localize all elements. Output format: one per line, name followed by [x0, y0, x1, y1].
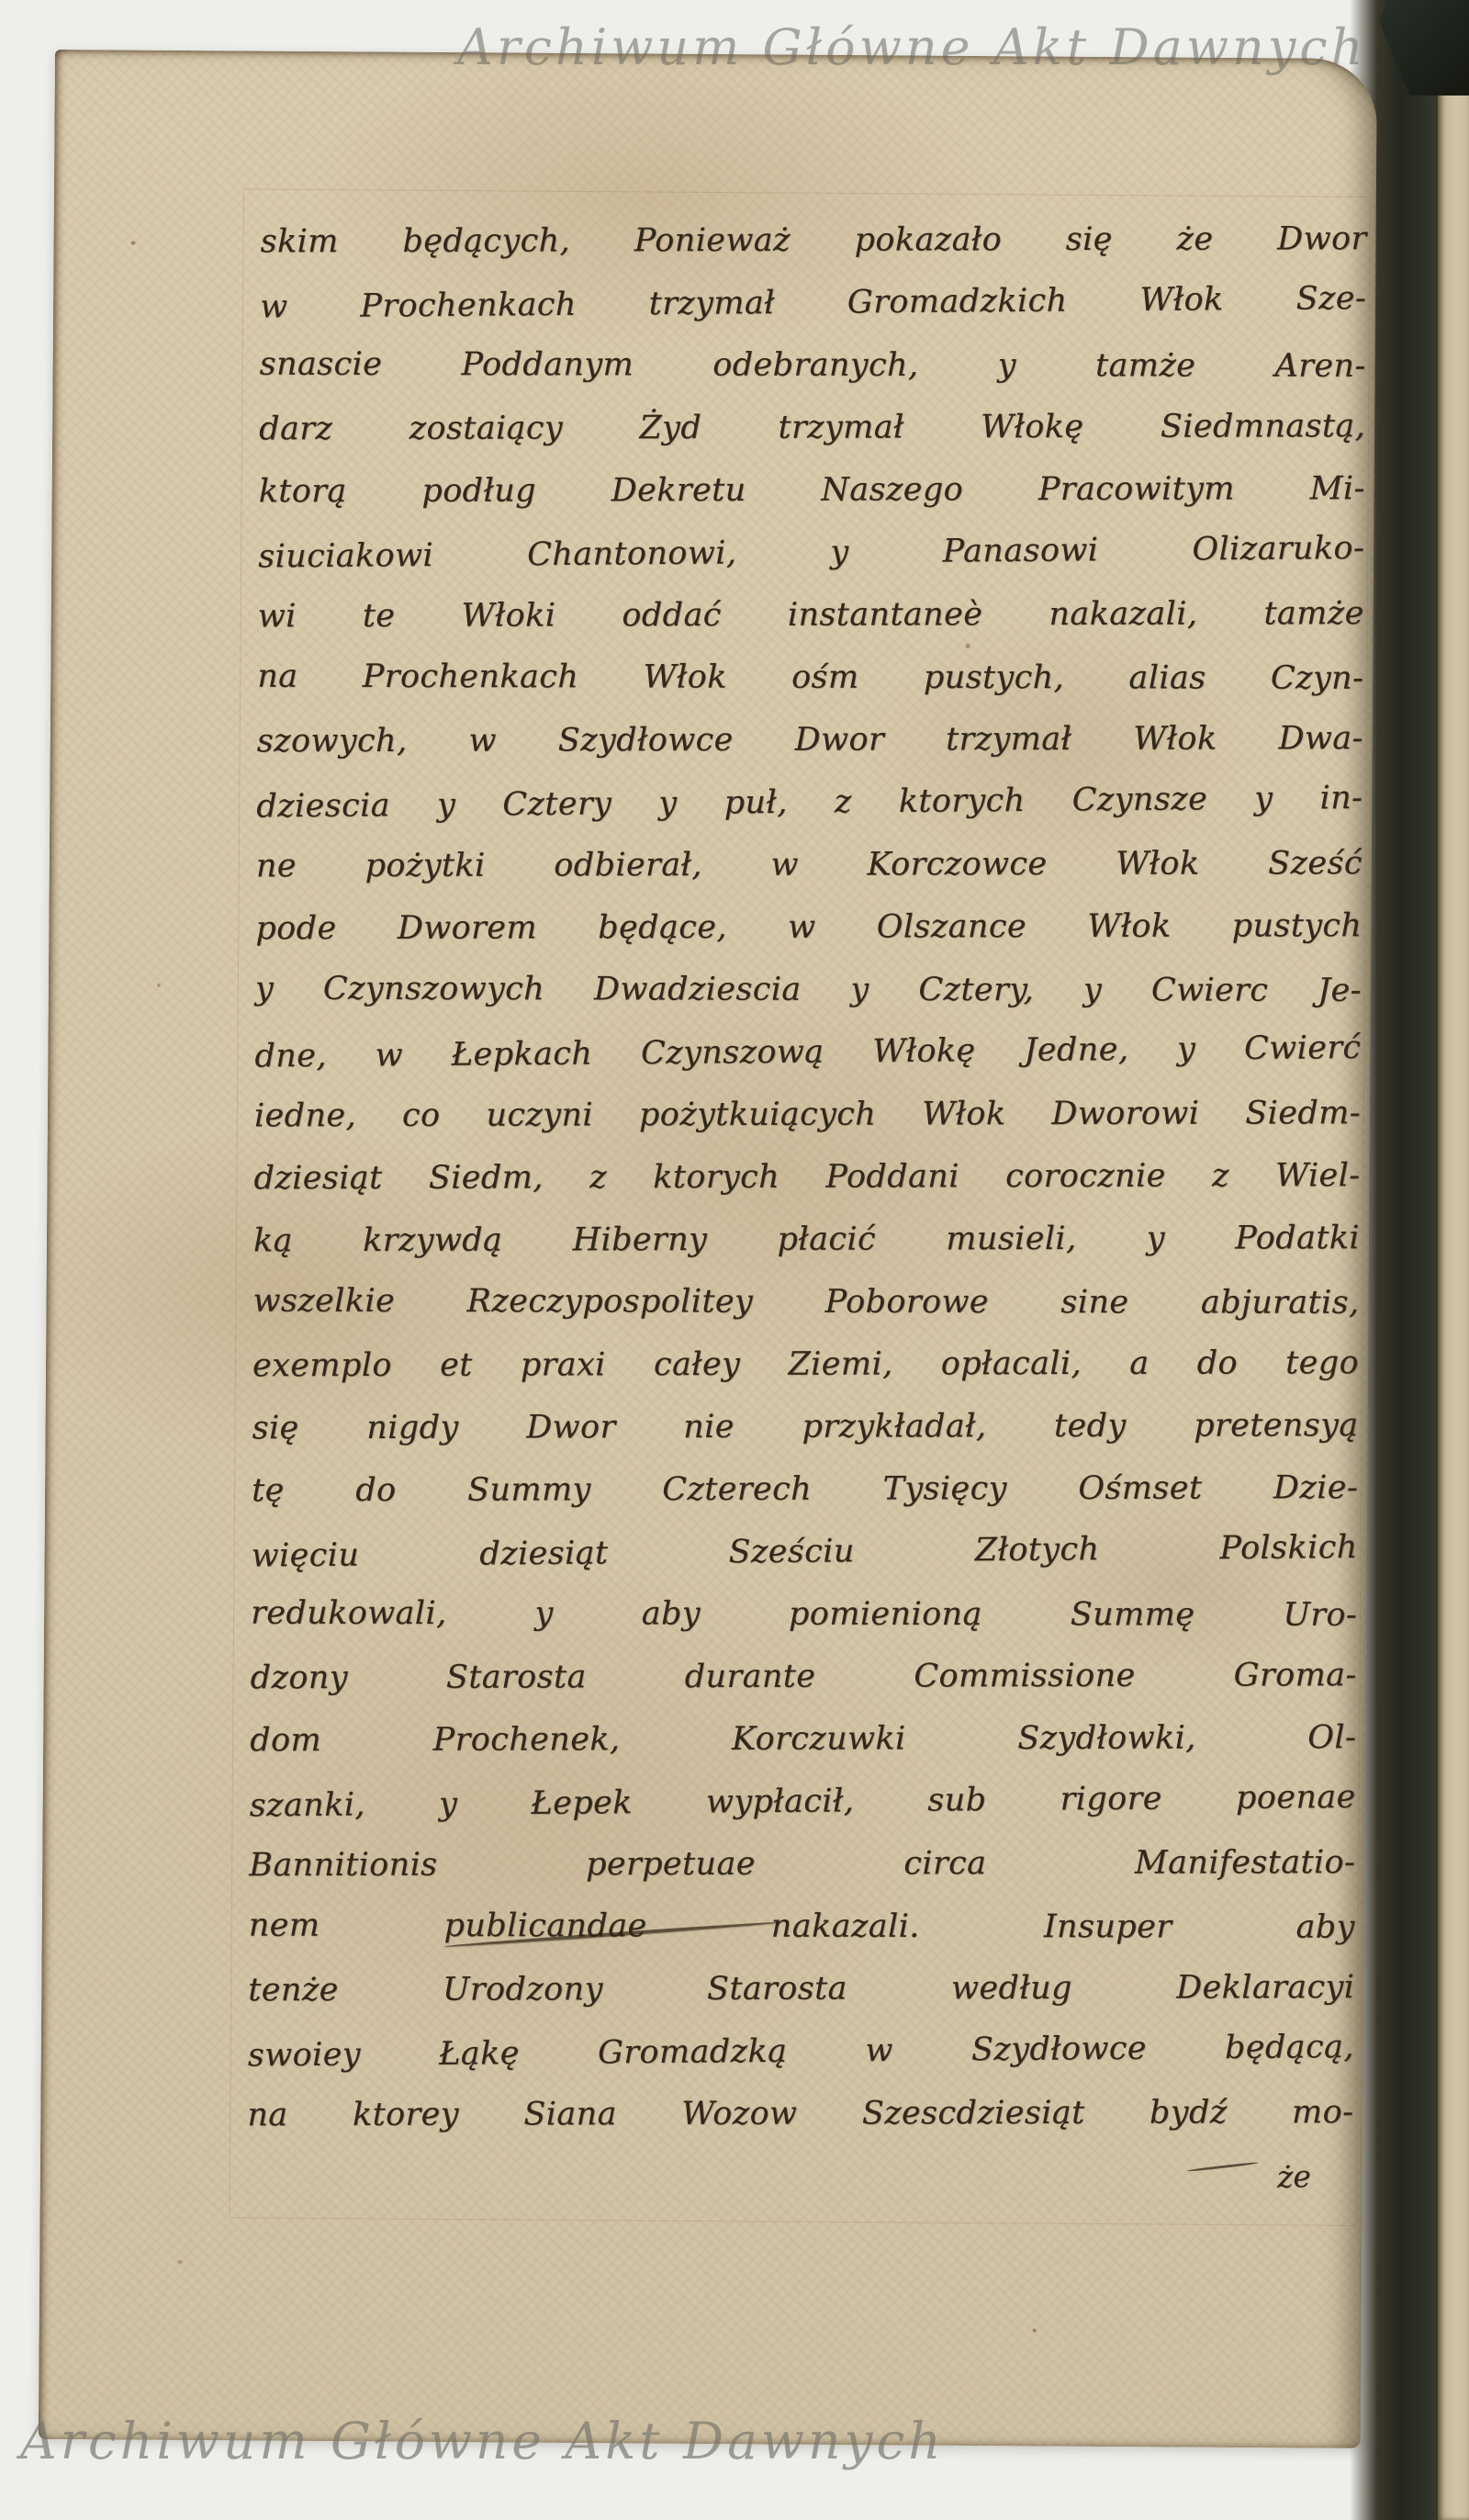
- manuscript-line: na Prochenkach Włok ośm pustych, alias C…: [257, 646, 1363, 710]
- manuscript-line: siuciakowi Chantonowi, y Panasowi Olizar…: [258, 517, 1364, 588]
- manuscript-line: szowych, w Szydłowce Dwor trzymał Włok D…: [257, 707, 1363, 772]
- pen-flourish: [1187, 2161, 1259, 2172]
- manuscript-line: dziescia y Cztery y puł, z ktorych Czyns…: [256, 767, 1362, 838]
- manuscript-line: szanki, y Łepek wypłacił, sub rigore poe…: [249, 1766, 1355, 1837]
- next-page-edge: [1438, 0, 1469, 2520]
- manuscript-line: dne, w Łepkach Czynszową Włokę Jedne, y …: [254, 1017, 1361, 1087]
- paper-speck: [157, 984, 161, 987]
- manuscript-line: nem publicandae nakazali. Insuper aby: [249, 1895, 1355, 1959]
- manuscript-line: dzony Starosta durante Commissione Groma…: [251, 1644, 1357, 1709]
- manuscript-line: się nigdy Dwor nie przykładał, tedy pret…: [252, 1394, 1358, 1459]
- manuscript-line: wszelkie Rzeczypospolitey Poborowe sine …: [252, 1270, 1359, 1334]
- manuscript-line: dziesiąt Siedm, z ktorych Poddani corocz…: [253, 1144, 1360, 1209]
- paper-speck: [1033, 2328, 1037, 2332]
- manuscript-line: exemplo et praxi całey Ziemi, opłacali, …: [252, 1332, 1359, 1397]
- manuscript-line: tenże Urodzony Starosta według Deklaracy…: [248, 1956, 1354, 2021]
- manuscript-line: Bannitionis perpetuae circa Manifestatio…: [249, 1831, 1355, 1896]
- manuscript-text: skim będących, Ponieważ pokazało się że …: [247, 206, 1367, 2204]
- catchword-row: że: [247, 2142, 1353, 2204]
- manuscript-line: na ktorey Siana Wozow Szescdziesiąt bydź…: [247, 2081, 1353, 2146]
- manuscript-line: więciu dziesiąt Sześciu Złotych Polskich: [251, 1516, 1357, 1587]
- manuscript-line: w Prochenkach trzymał Gromadzkich Włok S…: [260, 267, 1366, 338]
- manuscript-line: wi te Włoki oddać instantaneè nakazali, …: [258, 582, 1364, 647]
- manuscript-page: skim będących, Ponieważ pokazało się że …: [39, 50, 1377, 2448]
- paper-speck: [131, 242, 136, 245]
- manuscript-line: pode Dworem będące, w Olszance Włok pust…: [255, 894, 1362, 960]
- manuscript-line: iedne, co uczyni pożytkuiących Włok Dwor…: [254, 1082, 1361, 1147]
- manuscript-line: ktorą podług Dekretu Naszego Pracowitym …: [259, 457, 1365, 523]
- manuscript-line: redukowali, y aby pomienioną Summę Uro-: [251, 1582, 1357, 1647]
- manuscript-line: tę do Summy Czterech Tysięcy Ośmset Dzie…: [252, 1457, 1358, 1522]
- manuscript-line: skim będących, Ponieważ pokazało się że …: [260, 208, 1366, 273]
- manuscript-line: y Czynszowych Dwadziescia y Cztery, y Cw…: [255, 958, 1362, 1022]
- manuscript-line: dom Prochenek, Korczuwki Szydłowki, Ol-: [250, 1706, 1356, 1772]
- paper-speck: [177, 2260, 183, 2264]
- manuscript-line: ką krzywdą Hiberny płacić musieli, y Pod…: [253, 1207, 1360, 1272]
- manuscript-line: snascie Poddanym odebranych, y tamże Are…: [260, 333, 1366, 398]
- manuscript-line: darz zostaiący Żyd trzymał Włokę Siedmna…: [259, 395, 1365, 460]
- catchword: że: [1276, 2157, 1311, 2194]
- manuscript-line: swoiey Łąkę Gromadzką w Szydłowce będącą…: [248, 2016, 1354, 2087]
- manuscript-line: ne pożytki odbierał, w Korczowce Włok Sz…: [256, 832, 1362, 897]
- scan-background: skim będących, Ponieważ pokazało się że …: [0, 0, 1469, 2520]
